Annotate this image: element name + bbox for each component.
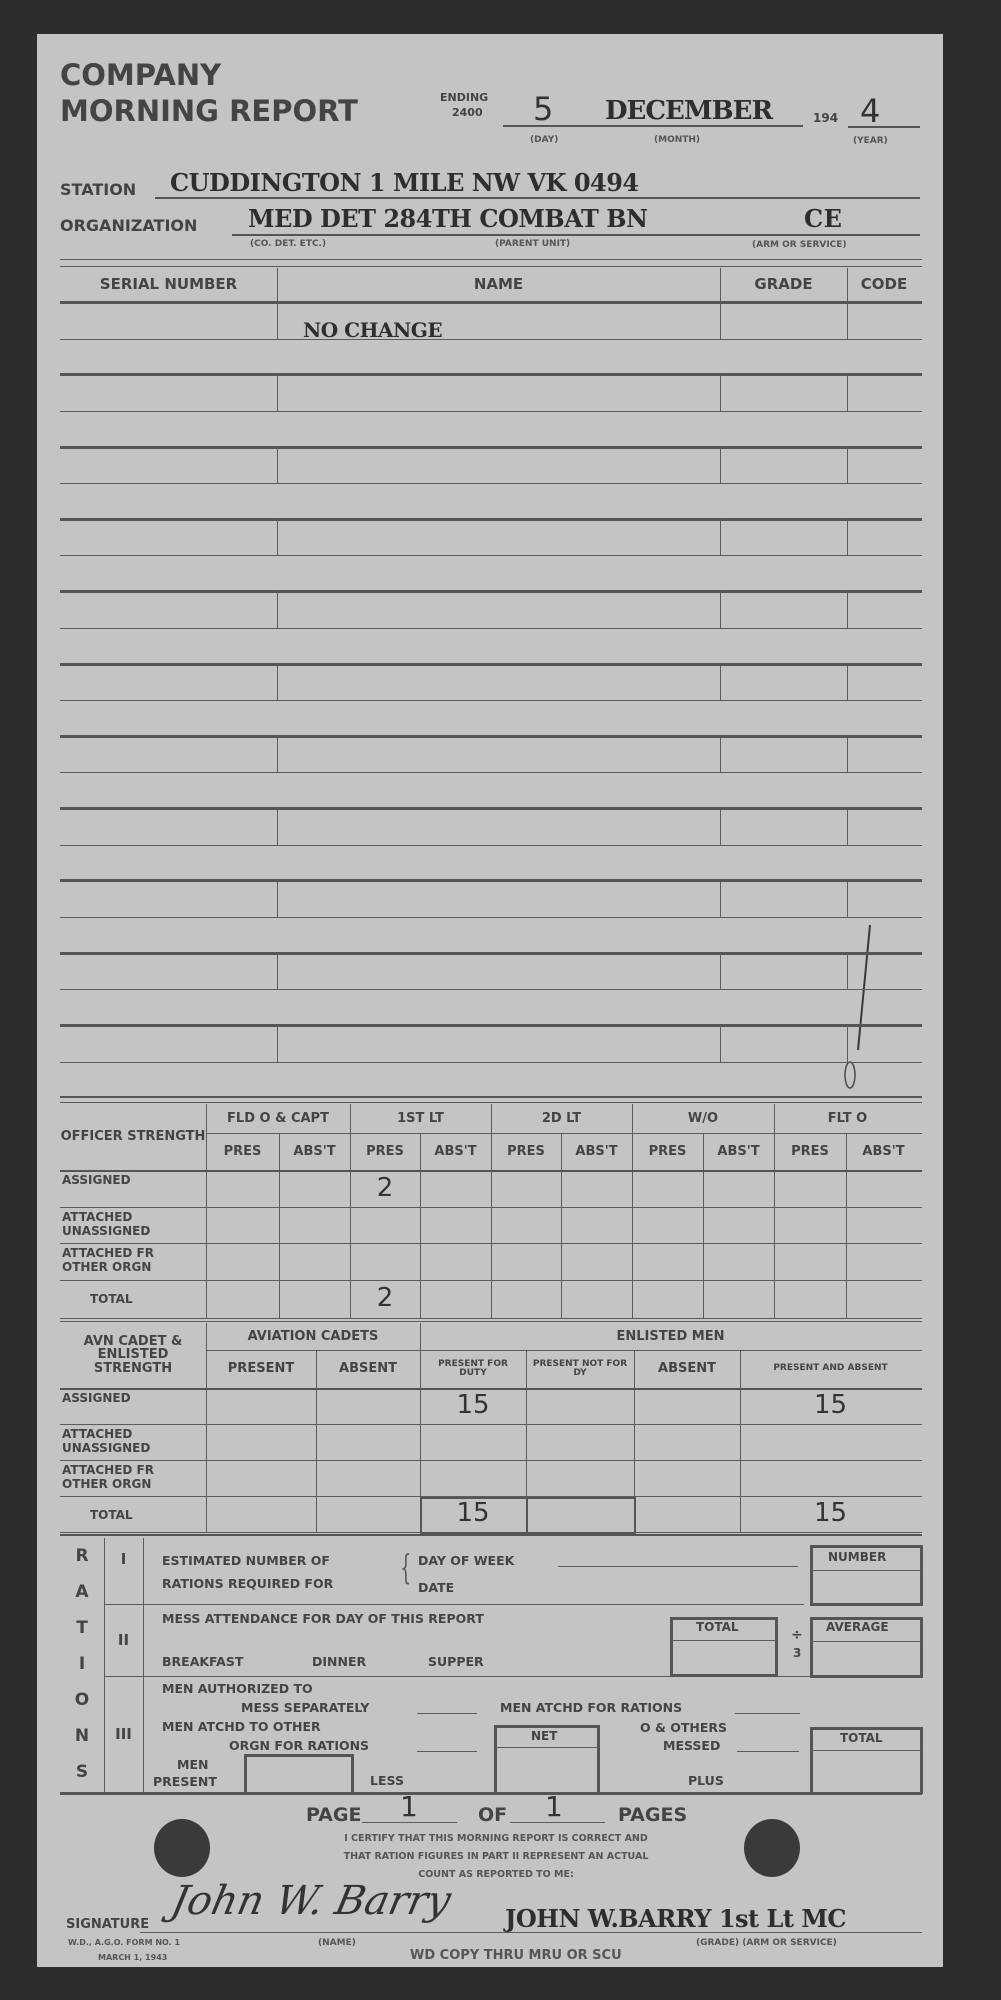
entry-cell-serial[interactable] bbox=[60, 591, 277, 628]
entry-cell-serial[interactable] bbox=[60, 447, 277, 484]
officer-value-cell[interactable] bbox=[774, 1243, 846, 1280]
officer-value-cell[interactable] bbox=[206, 1170, 279, 1207]
report-year[interactable]: 4 bbox=[860, 92, 880, 130]
enlisted-value-cell[interactable] bbox=[316, 1424, 420, 1460]
enlisted-value-cell[interactable] bbox=[206, 1496, 316, 1532]
header-serial-number: SERIAL NUMBER bbox=[60, 268, 277, 302]
officer-row-label: ATTACHED FR OTHER ORGN bbox=[62, 1246, 202, 1274]
entry-cell-name[interactable] bbox=[277, 736, 720, 773]
row-divider bbox=[672, 1640, 776, 1641]
officer-value-cell[interactable] bbox=[561, 1243, 632, 1280]
divider-line bbox=[60, 1102, 922, 1103]
officers-others-label: O & OTHERS bbox=[640, 1720, 727, 1735]
officer-value-cell[interactable] bbox=[703, 1280, 774, 1318]
rations-side-letter: A bbox=[60, 1576, 104, 1610]
enlisted-value-cell[interactable] bbox=[634, 1460, 740, 1496]
divider-line bbox=[60, 1534, 922, 1536]
officer-subheader-pres: PRES bbox=[491, 1133, 561, 1170]
officer-subheader-pres: PRES bbox=[774, 1133, 846, 1170]
entry-cell-name[interactable] bbox=[277, 1025, 720, 1062]
officer-subheader-abst: ABS'T bbox=[279, 1133, 350, 1170]
officer-strength-title: OFFICER STRENGTH bbox=[60, 1104, 206, 1170]
rations-total-label: TOTAL bbox=[840, 1731, 883, 1745]
officer-value-cell[interactable] bbox=[703, 1170, 774, 1207]
enlisted-value-cell[interactable] bbox=[526, 1496, 634, 1532]
enlisted-value-cell[interactable] bbox=[634, 1424, 740, 1460]
enlisted-value-cell[interactable] bbox=[206, 1388, 316, 1424]
officer-value-cell[interactable] bbox=[206, 1207, 279, 1243]
entry-cell-name[interactable] bbox=[277, 953, 720, 990]
enlisted-column-header: PRESENT FOR DUTY bbox=[420, 1350, 526, 1388]
col-divider bbox=[277, 268, 278, 302]
entry-cell-code[interactable] bbox=[847, 880, 921, 917]
arm-or-service-field[interactable]: CE bbox=[804, 204, 842, 233]
entry-remarks-row[interactable] bbox=[60, 989, 922, 1025]
entry-remarks-row[interactable] bbox=[60, 772, 922, 808]
officer-value-cell[interactable] bbox=[206, 1243, 279, 1280]
row-divider bbox=[812, 1570, 921, 1571]
part-1-numeral: I bbox=[104, 1540, 143, 1580]
form-title-morning-report: MORNING REPORT bbox=[60, 94, 358, 128]
part-3-numeral: III bbox=[104, 1678, 143, 1792]
officer-value-cell[interactable] bbox=[561, 1170, 632, 1207]
ending-label: ENDING bbox=[440, 91, 488, 104]
rations-side-letter: N bbox=[60, 1720, 104, 1754]
mess-attendance-label: MESS ATTENDANCE FOR DAY OF THIS REPORT bbox=[162, 1611, 484, 1626]
officer-value-cell[interactable] bbox=[632, 1243, 703, 1280]
entry-cell-name[interactable] bbox=[277, 664, 720, 701]
entry-cell-code[interactable] bbox=[847, 808, 921, 845]
enlisted-value-cell[interactable] bbox=[740, 1424, 921, 1460]
officer-subheader-pres: PRES bbox=[632, 1133, 703, 1170]
rations-side-letter: O bbox=[60, 1684, 104, 1718]
enlisted-value-cell[interactable] bbox=[420, 1460, 526, 1496]
officer-value-cell[interactable] bbox=[561, 1207, 632, 1243]
officer-value-cell[interactable] bbox=[703, 1207, 774, 1243]
officer-value-cell[interactable] bbox=[206, 1280, 279, 1318]
enlisted-column-header: ABSENT bbox=[634, 1350, 740, 1388]
officer-value-cell[interactable]: 2 bbox=[350, 1280, 420, 1318]
officer-subheader-pres: PRES bbox=[206, 1133, 279, 1170]
rations-side-letter: I bbox=[60, 1648, 104, 1682]
estimated-number-label: ESTIMATED NUMBER OF bbox=[162, 1553, 330, 1568]
enlisted-value-cell[interactable] bbox=[316, 1388, 420, 1424]
officer-value-cell[interactable] bbox=[491, 1280, 561, 1318]
officer-value-cell[interactable] bbox=[632, 1207, 703, 1243]
enlisted-row-label: ATTACHED UNASSIGNED bbox=[62, 1427, 202, 1455]
orgn-for-rations-label: ORGN FOR RATIONS bbox=[229, 1738, 369, 1753]
entry-cell-serial[interactable] bbox=[60, 1025, 277, 1062]
row-divider bbox=[812, 1750, 921, 1751]
officer-group-header: FLD O & CAPT bbox=[206, 1104, 350, 1133]
enlisted-value-cell[interactable]: 15 bbox=[420, 1388, 526, 1424]
form-number: W.D., A.G.O. FORM NO. 1 bbox=[68, 1938, 180, 1947]
entry-cell-grade[interactable] bbox=[720, 1025, 847, 1062]
row-divider bbox=[60, 1318, 922, 1319]
men-authorized-label: MEN AUTHORIZED TO bbox=[162, 1681, 313, 1696]
divide-sign-icon: ÷ bbox=[791, 1627, 803, 1643]
entry-cell-code[interactable] bbox=[847, 1025, 921, 1062]
enlisted-value-cell[interactable] bbox=[634, 1388, 740, 1424]
officer-value-cell[interactable] bbox=[420, 1243, 491, 1280]
entry-cell-serial[interactable] bbox=[60, 953, 277, 990]
header-name: NAME bbox=[277, 268, 720, 302]
enlisted-value-cell[interactable]: 15 bbox=[740, 1496, 921, 1532]
date-label: DATE bbox=[418, 1580, 454, 1595]
header-code: CODE bbox=[847, 268, 921, 302]
enlisted-row-label: ATTACHED FR OTHER ORGN bbox=[62, 1463, 202, 1491]
mess-separately-label: MESS SEPARATELY bbox=[241, 1700, 369, 1715]
rations-side-letter: R bbox=[60, 1540, 104, 1574]
enlisted-value-cell[interactable] bbox=[740, 1460, 921, 1496]
entry-cell-grade[interactable] bbox=[720, 519, 847, 556]
entry-cell-grade[interactable] bbox=[720, 808, 847, 845]
station-underline bbox=[155, 197, 920, 199]
officer-value-cell[interactable] bbox=[420, 1170, 491, 1207]
less-label: LESS bbox=[370, 1773, 404, 1788]
entry-cell-name[interactable] bbox=[277, 591, 720, 628]
entry-remarks-row[interactable] bbox=[60, 555, 922, 591]
entry-cell-name[interactable] bbox=[277, 519, 720, 556]
officer-subheader-pres: PRES bbox=[350, 1133, 420, 1170]
entry-remarks-row[interactable] bbox=[60, 845, 922, 881]
officer-value-cell[interactable] bbox=[279, 1207, 350, 1243]
entry-cell-grade[interactable] bbox=[720, 447, 847, 484]
brace-icon: { bbox=[400, 1548, 411, 1588]
others-messed-field[interactable] bbox=[737, 1751, 799, 1752]
officer-subheader-abst: ABS'T bbox=[846, 1133, 921, 1170]
entry-cell-name[interactable] bbox=[277, 447, 720, 484]
net-label: NET bbox=[531, 1729, 557, 1743]
typed-name-grade[interactable]: JOHN W.BARRY 1st Lt MC bbox=[505, 1904, 846, 1933]
entry-cell-name[interactable] bbox=[277, 374, 720, 411]
officer-value-cell[interactable] bbox=[846, 1280, 921, 1318]
men-atchd-for-rations-label: MEN ATCHD FOR RATIONS bbox=[500, 1700, 682, 1715]
entry-cell-name[interactable] bbox=[277, 302, 720, 339]
enlisted-value-cell[interactable]: 15 bbox=[740, 1388, 921, 1424]
number-label: NUMBER bbox=[828, 1550, 886, 1564]
entry-cell-code[interactable] bbox=[847, 953, 921, 990]
enlisted-column-header: ABSENT bbox=[316, 1350, 420, 1388]
officer-group-header: FLT O bbox=[774, 1104, 921, 1133]
ending-time-label: 2400 bbox=[452, 106, 483, 119]
officer-value-cell[interactable] bbox=[632, 1170, 703, 1207]
officer-value-cell[interactable] bbox=[846, 1243, 921, 1280]
rations-side-letter: T bbox=[60, 1612, 104, 1646]
enlisted-row-label: ASSIGNED bbox=[62, 1391, 202, 1405]
row-divider bbox=[812, 1641, 921, 1642]
entry-cell-serial[interactable] bbox=[60, 664, 277, 701]
entry-cell-grade[interactable] bbox=[720, 374, 847, 411]
entry-remarks-row[interactable] bbox=[60, 628, 922, 664]
punch-hole-left-icon bbox=[154, 1819, 210, 1877]
entry-cell-name[interactable] bbox=[277, 880, 720, 917]
entry-cell-grade[interactable] bbox=[720, 736, 847, 773]
officer-value-cell[interactable] bbox=[350, 1243, 420, 1280]
officer-value-cell[interactable] bbox=[703, 1243, 774, 1280]
entry-cell-name[interactable] bbox=[277, 808, 720, 845]
entry-cell-code[interactable] bbox=[847, 519, 921, 556]
men-atchd-for-rations-field[interactable] bbox=[735, 1713, 800, 1714]
divider-line bbox=[60, 1321, 922, 1322]
supper-label: SUPPER bbox=[428, 1654, 484, 1669]
entry-cell-serial[interactable] bbox=[60, 374, 277, 411]
org-caption-arm-service: (ARM OR SERVICE) bbox=[752, 240, 847, 250]
enlisted-value-cell[interactable] bbox=[316, 1460, 420, 1496]
messed-label: MESSED bbox=[663, 1738, 720, 1753]
officer-group-header: 1ST LT bbox=[350, 1104, 491, 1133]
officer-row-label: ATTACHED UNASSIGNED bbox=[62, 1210, 202, 1238]
officer-value-cell[interactable] bbox=[774, 1207, 846, 1243]
entry-cell-grade[interactable] bbox=[720, 591, 847, 628]
officer-value-cell[interactable] bbox=[420, 1207, 491, 1243]
year-caption: (YEAR) bbox=[853, 136, 888, 146]
entry-cell-code[interactable] bbox=[847, 302, 921, 339]
year-underline bbox=[848, 126, 920, 128]
officer-subheader-abst: ABS'T bbox=[420, 1133, 491, 1170]
divider-line bbox=[60, 266, 922, 267]
entry-cell-serial[interactable] bbox=[60, 808, 277, 845]
entry-cell-code[interactable] bbox=[847, 591, 921, 628]
punch-hole-right-icon bbox=[744, 1819, 800, 1877]
officer-value-cell[interactable] bbox=[491, 1207, 561, 1243]
rations-side-letter: S bbox=[60, 1756, 104, 1790]
officer-subheader-abst: ABS'T bbox=[703, 1133, 774, 1170]
men-atchd-other-label: MEN ATCHD TO OTHER bbox=[162, 1719, 321, 1734]
divider-line bbox=[60, 259, 922, 260]
entry-remarks-row[interactable] bbox=[60, 411, 922, 447]
entry-cell-grade[interactable] bbox=[720, 664, 847, 701]
entry-cell-serial[interactable] bbox=[60, 302, 277, 339]
entry-remarks-row[interactable] bbox=[60, 700, 922, 736]
row-divider bbox=[104, 1676, 922, 1677]
page-label: PAGE bbox=[306, 1804, 361, 1826]
form-date: MARCH 1, 1943 bbox=[98, 1953, 167, 1962]
year-prefix: 194 bbox=[813, 111, 838, 125]
officer-value-cell[interactable] bbox=[846, 1207, 921, 1243]
officer-value-cell[interactable] bbox=[491, 1243, 561, 1280]
officer-value-cell[interactable] bbox=[774, 1280, 846, 1318]
officer-value-cell[interactable] bbox=[279, 1243, 350, 1280]
certification-line-1: I CERTIFY THAT THIS MORNING REPORT IS CO… bbox=[284, 1833, 708, 1844]
day-caption: (DAY) bbox=[530, 135, 558, 145]
copy-note: WD COPY THRU MRU OR SCU bbox=[410, 1948, 622, 1963]
average-label: AVERAGE bbox=[826, 1620, 889, 1634]
row-divider bbox=[206, 1133, 922, 1134]
organization-field[interactable]: MED DET 284TH COMBAT BN bbox=[248, 204, 647, 233]
org-caption-parent-unit: (PARENT UNIT) bbox=[495, 239, 570, 249]
day-of-week-label: DAY OF WEEK bbox=[418, 1553, 514, 1568]
col-divider bbox=[720, 268, 721, 302]
form-title-company: COMPANY bbox=[60, 58, 221, 92]
officer-value-cell[interactable] bbox=[846, 1170, 921, 1207]
entry-cell-grade[interactable] bbox=[720, 880, 847, 917]
breakfast-label: BREAKFAST bbox=[162, 1654, 243, 1669]
enlisted-value-cell[interactable] bbox=[206, 1424, 316, 1460]
station-label: STATION bbox=[60, 180, 136, 199]
officer-value-cell[interactable] bbox=[491, 1170, 561, 1207]
orgn-for-rations-field[interactable] bbox=[417, 1751, 477, 1752]
entry-cell-grade[interactable] bbox=[720, 302, 847, 339]
officer-group-header: 2D LT bbox=[491, 1104, 632, 1133]
enlisted-column-header: PRESENT bbox=[206, 1350, 316, 1388]
report-month[interactable]: DECEMBER bbox=[605, 96, 772, 126]
enlisted-value-cell[interactable] bbox=[316, 1496, 420, 1532]
pages-label: PAGES bbox=[618, 1804, 687, 1826]
officer-subheader-abst: ABS'T bbox=[561, 1133, 632, 1170]
aviation-cadets-header: AVIATION CADETS bbox=[206, 1323, 420, 1350]
enlisted-column-header: PRESENT NOT FOR DY bbox=[526, 1350, 634, 1388]
enlisted-value-cell[interactable]: 15 bbox=[420, 1496, 526, 1532]
station-field[interactable]: CUDDINGTON 1 MILE NW VK 0494 bbox=[170, 168, 639, 197]
officer-group-header: W/O bbox=[632, 1104, 774, 1133]
row-divider bbox=[104, 1604, 804, 1605]
enlisted-value-cell[interactable] bbox=[634, 1496, 740, 1532]
rations-required-label: RATIONS REQUIRED FOR bbox=[162, 1576, 333, 1591]
plus-label: PLUS bbox=[688, 1773, 724, 1788]
org-caption-co-det: (CO. DET. ETC.) bbox=[250, 239, 326, 249]
entry-cell-serial[interactable] bbox=[60, 880, 277, 917]
enlisted-column-header: PRESENT AND ABSENT bbox=[740, 1350, 921, 1388]
entry-cell-code[interactable] bbox=[847, 374, 921, 411]
entry-cell-serial[interactable] bbox=[60, 736, 277, 773]
officer-value-cell[interactable]: 2 bbox=[350, 1170, 420, 1207]
men-present-box[interactable] bbox=[244, 1754, 354, 1794]
dinner-label: DINNER bbox=[312, 1654, 366, 1669]
name-caption: (NAME) bbox=[318, 1938, 356, 1948]
entry-cell-code[interactable] bbox=[847, 664, 921, 701]
officer-value-cell[interactable] bbox=[561, 1280, 632, 1318]
entry-cell-code[interactable] bbox=[847, 736, 921, 773]
entry-remarks-row[interactable] bbox=[60, 339, 922, 375]
enlisted-value-cell[interactable] bbox=[526, 1388, 634, 1424]
entry-cell-code[interactable] bbox=[847, 447, 921, 484]
enlisted-value-cell[interactable] bbox=[526, 1460, 634, 1496]
enlisted-value-cell[interactable] bbox=[206, 1460, 316, 1496]
certification-line-2: THAT RATION FIGURES IN PART II REPRESENT… bbox=[284, 1851, 708, 1862]
mess-total-label: TOTAL bbox=[696, 1620, 739, 1634]
divide-by-label: 3 bbox=[793, 1646, 801, 1660]
officer-value-cell[interactable] bbox=[279, 1280, 350, 1318]
grade-caption: (GRADE) (ARM OR SERVICE) bbox=[696, 1938, 837, 1948]
header-grade: GRADE bbox=[720, 268, 847, 302]
officer-value-cell[interactable] bbox=[279, 1170, 350, 1207]
officer-row-label: ASSIGNED bbox=[62, 1173, 202, 1187]
part-2-numeral: II bbox=[104, 1606, 143, 1676]
entry-remarks-row[interactable] bbox=[60, 917, 922, 953]
enlisted-value-cell[interactable] bbox=[526, 1424, 634, 1460]
of-label: OF bbox=[478, 1804, 507, 1826]
men-label: MEN bbox=[177, 1757, 208, 1772]
enlisted-strength-title: AVN CADET & ENLISTED STRENGTH bbox=[60, 1323, 206, 1387]
entry-remarks-row[interactable] bbox=[60, 1062, 922, 1098]
report-day[interactable]: 5 bbox=[533, 90, 553, 128]
divider-line bbox=[60, 1792, 922, 1795]
organization-label: ORGANIZATION bbox=[60, 216, 197, 235]
signature-label: SIGNATURE bbox=[66, 1917, 149, 1932]
row-divider bbox=[496, 1747, 598, 1748]
officer-value-cell[interactable] bbox=[774, 1170, 846, 1207]
organization-underline bbox=[232, 234, 920, 236]
col-divider bbox=[143, 1538, 144, 1792]
enlisted-men-header: ENLISTED MEN bbox=[420, 1323, 921, 1350]
day-of-week-field[interactable] bbox=[558, 1566, 798, 1567]
signature-field[interactable]: John W. Barry bbox=[167, 1878, 455, 1924]
officer-value-cell[interactable] bbox=[632, 1280, 703, 1318]
entry-cell-grade[interactable] bbox=[720, 953, 847, 990]
enlisted-value-cell[interactable] bbox=[420, 1424, 526, 1460]
entry-cell-serial[interactable] bbox=[60, 519, 277, 556]
entry-remarks-row[interactable] bbox=[60, 483, 922, 519]
officer-value-cell[interactable] bbox=[420, 1280, 491, 1318]
present-label: PRESENT bbox=[153, 1774, 217, 1789]
month-caption: (MONTH) bbox=[654, 135, 700, 145]
col-divider bbox=[847, 268, 848, 302]
mess-separately-field[interactable] bbox=[417, 1713, 477, 1714]
officer-value-cell[interactable] bbox=[350, 1207, 420, 1243]
